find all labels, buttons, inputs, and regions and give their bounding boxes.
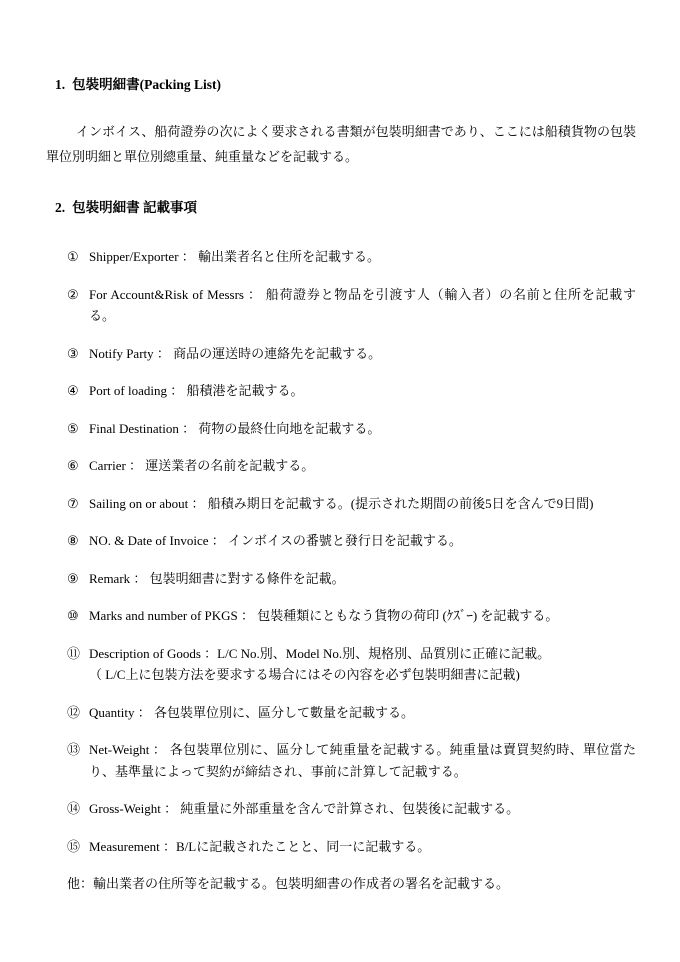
item-main-text: Gross-Weight ： 純重量に外部重量を含んで計算され、包裝後に記載する… xyxy=(89,801,519,816)
list-item: ⑫ Quantity ： 各包裝單位別に、區分して數量を記載する。 xyxy=(67,702,636,724)
item-text: Description of Goods ：L/C No.別、Model No.… xyxy=(89,643,636,686)
item-number: ① xyxy=(67,246,89,268)
item-main-text: Remark ： 包裝明細書に對する條件を記載。 xyxy=(89,571,345,586)
item-number: ⑧ xyxy=(67,530,89,552)
list-item: ⑮ Measurement ：B/Lに記載されたことと、同一に記載する。 xyxy=(67,836,636,858)
item-number: ⑨ xyxy=(67,568,89,590)
list-item: ⑤ Final Destination ： 荷物の最終仕向地を記載する。 xyxy=(67,418,636,440)
list-item: ⑨ Remark ： 包裝明細書に對する條件を記載。 xyxy=(67,568,636,590)
section-1-title: 包裝明細書(Packing List) xyxy=(72,76,221,93)
item-main-text: Sailing on or about ： 船積み期日を記載する。(提示された期… xyxy=(89,496,593,511)
item-text: Sailing on or about ： 船積み期日を記載する。(提示された期… xyxy=(89,493,636,515)
item-main-text: Net-Weight ： 各包裝單位別に、區分して純重量を記載する。純重量は賣買… xyxy=(89,742,636,779)
item-number: ⑪ xyxy=(67,643,89,686)
item-text: Shipper/Exporter ： 輸出業者名と住所を記載する。 xyxy=(89,246,636,268)
item-main-text: Carrier ： 運送業者の名前を記載する。 xyxy=(89,458,314,473)
item-main-text: Final Destination ： 荷物の最終仕向地を記載する。 xyxy=(89,421,380,436)
item-number: ⑩ xyxy=(67,605,89,627)
item-main-text: Measurement ：B/Lに記載されたことと、同一に記載する。 xyxy=(89,839,430,854)
item-number: ⑫ xyxy=(67,702,89,724)
list-item: ③ Notify Party ： 商品の運送時の連絡先を記載する。 xyxy=(67,343,636,365)
document-page: 1. 包裝明細書(Packing List) インボイス、船荷證券の次によく要求… xyxy=(0,0,680,962)
item-number: ③ xyxy=(67,343,89,365)
list-item: ⑭ Gross-Weight ： 純重量に外部重量を含んで計算され、包裝後に記載… xyxy=(67,798,636,820)
item-main-text: For Account&Risk of Messrs ： 船荷證券と物品を引渡す… xyxy=(89,287,636,324)
list-item: ② For Account&Risk of Messrs ： 船荷證券と物品を引… xyxy=(67,284,636,327)
item-text: Measurement ：B/Lに記載されたことと、同一に記載する。 xyxy=(89,836,636,858)
intro-paragraph: インボイス、船荷證券の次によく要求される書類が包裝明細書であり、ここには船積貨物… xyxy=(46,119,636,169)
item-number: ② xyxy=(67,284,89,327)
item-main-text: Shipper/Exporter ： 輸出業者名と住所を記載する。 xyxy=(89,249,380,264)
item-number: ⑬ xyxy=(67,739,89,782)
item-number: ⑥ xyxy=(67,455,89,477)
item-text: Quantity ： 各包裝單位別に、區分して數量を記載する。 xyxy=(89,702,636,724)
item-main-text: Marks and number of PKGS ： 包裝種類にともなう貨物の荷… xyxy=(89,608,558,623)
list-item: ⑥ Carrier ： 運送業者の名前を記載する。 xyxy=(67,455,636,477)
list-item: ⑦ Sailing on or about ： 船積み期日を記載する。(提示され… xyxy=(67,493,636,515)
item-text: Port of loading ： 船積港を記載する。 xyxy=(89,380,636,402)
list-item: ④ Port of loading ： 船積港を記載する。 xyxy=(67,380,636,402)
item-main-text: Notify Party ： 商品の運送時の連絡先を記載する。 xyxy=(89,346,381,361)
item-number: ⑭ xyxy=(67,798,89,820)
list-item: ⑩ Marks and number of PKGS ： 包裝種類にともなう貨物… xyxy=(67,605,636,627)
item-number: ⑮ xyxy=(67,836,89,858)
section-1-number: 1. xyxy=(55,76,65,93)
item-text: Final Destination ： 荷物の最終仕向地を記載する。 xyxy=(89,418,636,440)
footer-note: 他：輸出業者の住所等を記載する。包裝明細書の作成者の署名を記載する。 xyxy=(67,873,636,895)
item-text: Net-Weight ： 各包裝單位別に、區分して純重量を記載する。純重量は賣買… xyxy=(89,739,636,782)
section-2-title: 包裝明細書 記載事項 xyxy=(72,199,197,216)
section-2-number: 2. xyxy=(55,199,65,216)
item-main-text: NO. & Date of Invoice ： インボイスの番號と發行日を記載す… xyxy=(89,533,462,548)
item-text: NO. & Date of Invoice ： インボイスの番號と發行日を記載す… xyxy=(89,530,636,552)
document-content: 1. 包裝明細書(Packing List) インボイス、船荷證券の次によく要求… xyxy=(0,0,680,895)
item-text: Remark ： 包裝明細書に對する條件を記載。 xyxy=(89,568,636,590)
item-note: （ L/C上に包裝方法を要求する場合にはその內容を必ず包裝明細書に記載) xyxy=(89,664,636,686)
list-item: ① Shipper/Exporter ： 輸出業者名と住所を記載する。 xyxy=(67,246,636,268)
section-2-heading: 2. 包裝明細書 記載事項 xyxy=(55,199,636,216)
item-number: ⑦ xyxy=(67,493,89,515)
item-number: ④ xyxy=(67,380,89,402)
list-item: ⑪ Description of Goods ：L/C No.別、Model N… xyxy=(67,643,636,686)
item-text: Marks and number of PKGS ： 包裝種類にともなう貨物の荷… xyxy=(89,605,636,627)
packing-list-items: ① Shipper/Exporter ： 輸出業者名と住所を記載する。 ② Fo… xyxy=(67,246,636,857)
section-1-heading: 1. 包裝明細書(Packing List) xyxy=(55,76,636,93)
item-main-text: Description of Goods ：L/C No.別、Model No.… xyxy=(89,646,550,661)
item-text: For Account&Risk of Messrs ： 船荷證券と物品を引渡す… xyxy=(89,284,636,327)
item-text: Carrier ： 運送業者の名前を記載する。 xyxy=(89,455,636,477)
list-item: ⑧ NO. & Date of Invoice ： インボイスの番號と發行日を記… xyxy=(67,530,636,552)
item-number: ⑤ xyxy=(67,418,89,440)
item-text: Gross-Weight ： 純重量に外部重量を含んで計算され、包裝後に記載する… xyxy=(89,798,636,820)
item-main-text: Quantity ： 各包裝單位別に、區分して數量を記載する。 xyxy=(89,705,414,720)
item-text: Notify Party ： 商品の運送時の連絡先を記載する。 xyxy=(89,343,636,365)
item-main-text: Port of loading ： 船積港を記載する。 xyxy=(89,383,304,398)
list-item: ⑬ Net-Weight ： 各包裝單位別に、區分して純重量を記載する。純重量は… xyxy=(67,739,636,782)
